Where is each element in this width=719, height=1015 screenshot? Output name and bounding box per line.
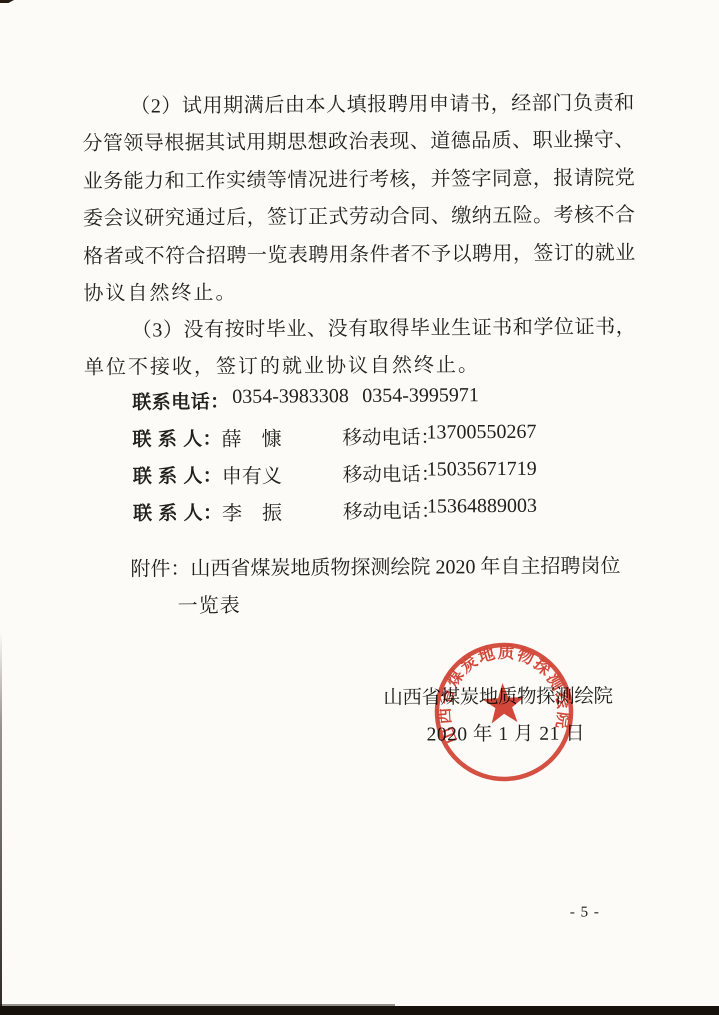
phone-number: 0354-3983308	[232, 385, 349, 409]
contact-person-row: 联 系 人： 李 振 移动电话： 15364889003	[133, 494, 693, 530]
contact-person-row: 联 系 人： 申有义 移动电话： 15035671719	[133, 457, 693, 493]
mobile-phone-number: 13700550267	[426, 421, 536, 445]
contact-person-label: 联 系 人：	[132, 424, 222, 452]
body-line: （2）试用期满后由本人填报聘用申请书，经部门负责和	[82, 88, 634, 129]
document-content: （2）试用期满后由本人填报聘用申请书，经部门负责和 分管领导根据其试用期思想政治…	[0, 0, 719, 1015]
page-number: - 5 -	[570, 904, 600, 921]
contact-person-name: 申有义	[222, 460, 282, 489]
mobile-phone-number: 15364889003	[427, 495, 537, 519]
body-line: 业务能力和工作实绩等情况进行考核，并签字同意，报请院党	[83, 163, 635, 204]
body-line: （3）没有按时毕业、没有取得毕业生证书和学位证书，	[84, 312, 636, 353]
attachment-line-1: 附件：山西省煤炭地质物探测绘院 2020 年自主招聘岗位	[130, 549, 620, 581]
mobile-phone-number: 15035671719	[427, 458, 537, 482]
paragraph-3: （3）没有按时毕业、没有取得毕业生证书和学位证书， 单位不接收，签订的就业协议自…	[84, 312, 637, 391]
scan-edge-left	[0, 632, 2, 1006]
contact-person-name: 李 振	[222, 497, 282, 526]
scan-edge-bottom	[0, 1006, 719, 1015]
attachment-line-2: 一览表	[178, 589, 241, 618]
body-line: 格者或不符合招聘一览表聘用条件者不予以聘用，签订的就业	[83, 238, 635, 279]
scanned-document-page: （2）试用期满后由本人填报聘用申请书，经部门负责和 分管领导根据其试用期思想政治…	[0, 0, 719, 1015]
body-line: 分管领导根据其试用期思想政治表现、道德品质、职业操守、	[82, 125, 634, 166]
contact-person-name: 薛 慷	[221, 423, 281, 452]
seal-star-icon	[482, 682, 526, 724]
phone-number: 0354-3995971	[362, 384, 479, 408]
attachment-text: 山西省煤炭地质物探测绘院 2020 年自主招聘岗位	[190, 555, 620, 580]
body-line: 委会议研究通过后，签订正式劳动合同、缴纳五险。考核不合	[83, 200, 635, 241]
attachment-label: 附件：	[130, 558, 190, 580]
contact-person-row: 联 系 人： 薛 慷 移动电话： 13700550267	[132, 420, 692, 456]
official-seal: 山西省煤炭地质物探测绘院	[415, 623, 594, 802]
body-line: 协议自然终止。	[83, 275, 635, 316]
contact-phone-label: 联系电话：	[132, 387, 230, 415]
contact-phone-row: 联系电话： 0354-3983308 0354-3995971	[132, 383, 692, 419]
paragraph-2: （2）试用期满后由本人填报聘用申请书，经部门负责和 分管领导根据其试用期思想政治…	[82, 88, 636, 316]
contact-person-label: 联 系 人：	[133, 461, 223, 489]
contact-person-label: 联 系 人：	[133, 498, 223, 526]
